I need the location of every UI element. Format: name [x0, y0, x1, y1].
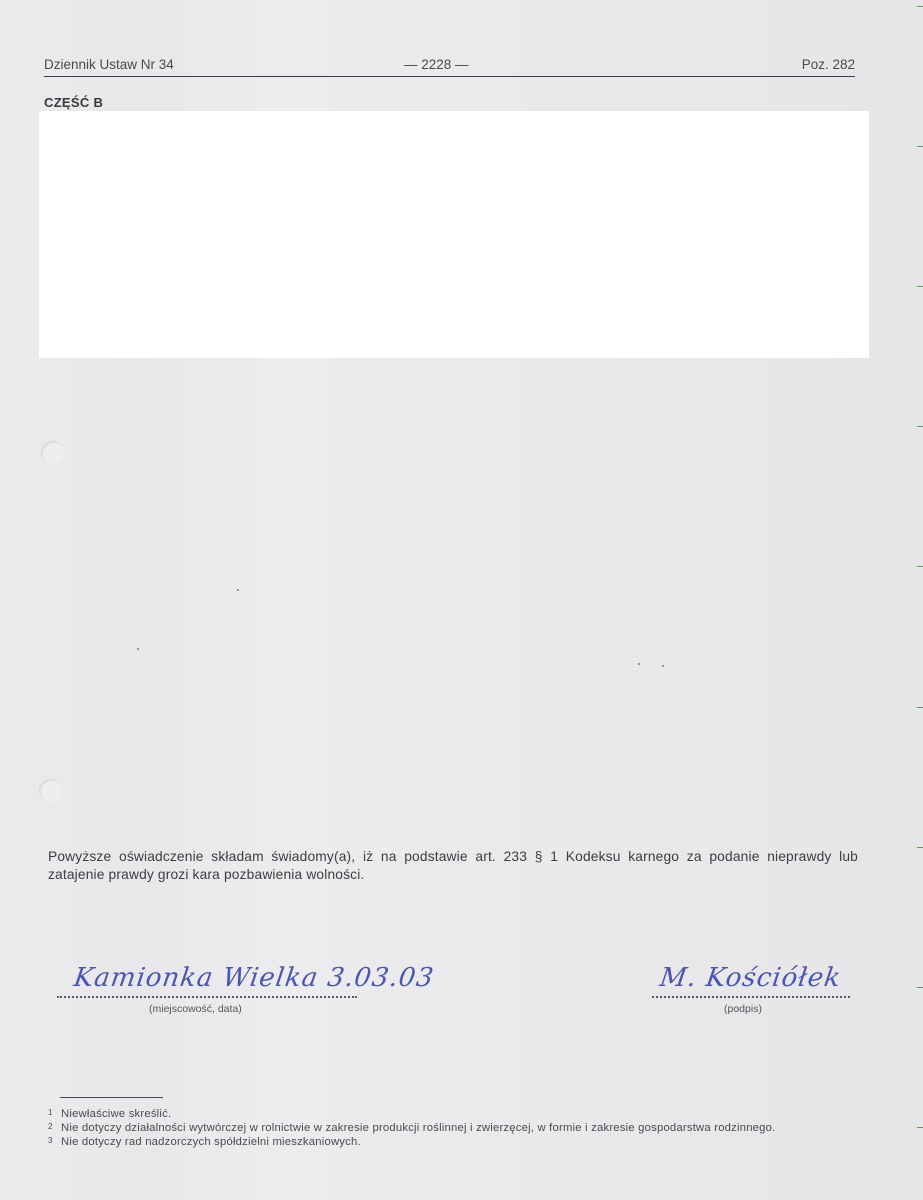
- footnotes: 1 Niewłaściwe skreślić. 2 Nie dotyczy dz…: [48, 1107, 858, 1149]
- edge-mark: [917, 6, 923, 7]
- scan-speck: [237, 589, 239, 591]
- edge-mark: [917, 987, 923, 988]
- declaration-statement: Powyższe oświadczenie składam świadomy(a…: [48, 848, 858, 884]
- edge-mark: [917, 146, 923, 147]
- punch-hole-top: [41, 441, 65, 465]
- page-number: — 2228 —: [404, 57, 469, 72]
- footnote-text: Nie dotyczy działalności wytwórczej w ro…: [61, 1122, 775, 1134]
- handwritten-signature: M. Kościółek: [658, 963, 843, 993]
- footnote-divider: [60, 1097, 163, 1098]
- page-header: Dziennik Ustaw Nr 34 — 2228 — Poz. 282: [44, 57, 855, 77]
- header-divider: [44, 76, 855, 77]
- punch-hole-bottom: [39, 779, 63, 803]
- footnote-3: 3 Nie dotyczy rad nadzorczych spółdzieln…: [48, 1135, 858, 1149]
- redacted-area: [39, 111, 869, 358]
- signature-line: [652, 996, 850, 998]
- journal-title: Dziennik Ustaw Nr 34: [44, 57, 174, 72]
- signature-caption: (podpis): [724, 1003, 762, 1015]
- footnote-mark: 2: [48, 1120, 53, 1134]
- footnote-text: Nie dotyczy rad nadzorczych spółdzielni …: [61, 1136, 361, 1148]
- edge-mark: [917, 566, 923, 567]
- scan-speck: [137, 648, 139, 650]
- footnote-text: Niewłaściwe skreślić.: [61, 1108, 171, 1120]
- scan-speck: [662, 665, 664, 667]
- footnote-2: 2 Nie dotyczy działalności wytwórczej w …: [48, 1121, 858, 1135]
- position-number: Poz. 282: [802, 57, 855, 72]
- handwritten-place-date: Kamionka Wielka 3.03.03: [72, 963, 436, 993]
- edge-mark: [917, 847, 923, 848]
- place-date-caption: (miejscowość, data): [149, 1003, 242, 1015]
- footnote-1: 1 Niewłaściwe skreślić.: [48, 1107, 858, 1121]
- footnote-mark: 1: [48, 1106, 53, 1120]
- section-title: CZĘŚĆ B: [44, 95, 103, 110]
- scan-speck: [638, 663, 640, 665]
- edge-mark: [917, 707, 923, 708]
- edge-mark: [917, 286, 923, 287]
- edge-mark: [917, 426, 923, 427]
- footnote-mark: 3: [48, 1134, 53, 1148]
- place-date-line: [57, 996, 357, 998]
- edge-mark: [917, 1127, 923, 1128]
